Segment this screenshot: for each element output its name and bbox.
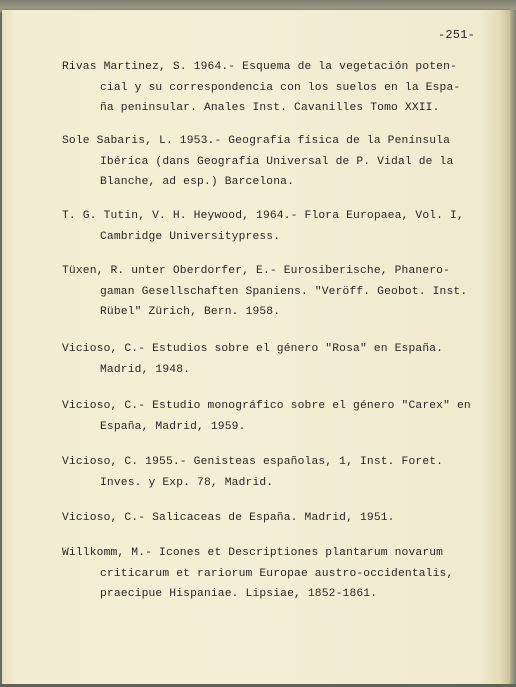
- bibliography-entry: T. G. Tutin, V. H. Heywood, 1964.- Flora…: [62, 206, 482, 247]
- entry-line: Rübel" Zürich, Bern. 1958.: [62, 302, 482, 323]
- bibliography-entry: Vicioso, C.- Estudios sobre el género "R…: [62, 339, 482, 380]
- entry-line: Willkomm, M.- Icones et Descriptiones pl…: [62, 543, 482, 564]
- entry-line: gaman Gesellschaften Spaniens. "Veröff. …: [62, 282, 482, 303]
- entry-line: cial y su correspondencia con los suelos…: [62, 78, 482, 99]
- scan-right-edge: [510, 10, 516, 687]
- bibliography-entry: Rivas Martinez, S. 1964.- Esquema de la …: [62, 57, 482, 119]
- bibliography-entry: Vicioso, C. 1955.- Genisteas españolas, …: [62, 452, 482, 493]
- entry-line: Sole Sabaris, L. 1953.- Geografía física…: [62, 131, 482, 152]
- entry-line: ña peninsular. Anales Inst. Cavanilles T…: [62, 98, 482, 119]
- entry-line: Ibérica (dans Geografía Universal de P. …: [62, 152, 482, 173]
- entry-line: Inves. y Exp. 78, Madrid.: [62, 473, 482, 494]
- entry-line: Vicioso, C.- Estudio monográfico sobre e…: [62, 396, 482, 417]
- entry-line: Blanche, ad esp.) Barcelona.: [62, 172, 482, 193]
- bibliography-entry: Vicioso, C.- Estudio monográfico sobre e…: [62, 396, 482, 437]
- page-number: -251-: [438, 28, 475, 42]
- entry-line: Madrid, 1948.: [62, 360, 482, 381]
- entry-line: T. G. Tutin, V. H. Heywood, 1964.- Flora…: [62, 206, 482, 227]
- entry-line: Rivas Martinez, S. 1964.- Esquema de la …: [62, 57, 482, 78]
- entry-line: Tüxen, R. unter Oberdorfer, E.- Eurosibe…: [62, 261, 482, 282]
- entry-line: praecipue Hispaniae. Lipsiae, 1852-1861.: [62, 584, 482, 605]
- bibliography-entry: Vicioso, C.- Salicaceas de España. Madri…: [62, 508, 482, 529]
- entry-line: criticarum et rariorum Europae austro-oc…: [62, 564, 482, 585]
- entry-line: Cambridge Universitypress.: [62, 227, 482, 248]
- bibliography-entry: Sole Sabaris, L. 1953.- Geografía física…: [62, 131, 482, 193]
- entry-line: Vicioso, C. 1955.- Genisteas españolas, …: [62, 452, 482, 473]
- bibliography-entry: Tüxen, R. unter Oberdorfer, E.- Eurosibe…: [62, 261, 482, 323]
- entry-line: Vicioso, C.- Salicaceas de España. Madri…: [62, 508, 482, 529]
- entry-line: Vicioso, C.- Estudios sobre el género "R…: [62, 339, 482, 360]
- entry-line: España, Madrid, 1959.: [62, 417, 482, 438]
- bibliography-entry: Willkomm, M.- Icones et Descriptiones pl…: [62, 543, 482, 605]
